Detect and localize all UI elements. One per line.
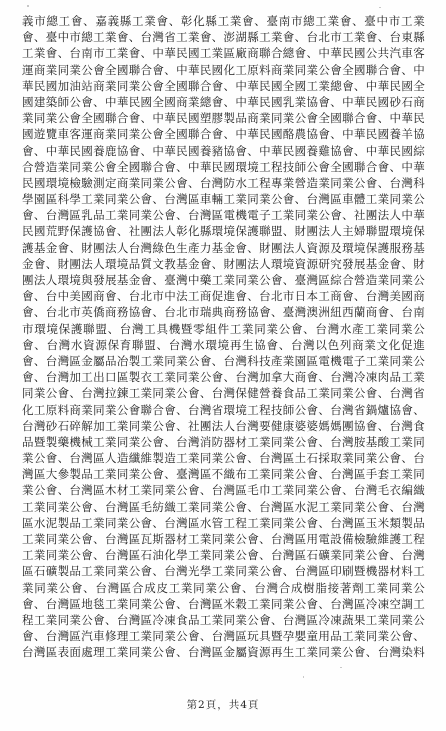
document-page: 義市總工會、嘉義縣工業會、彰化縣工業會、臺南市總工業會、臺中市工業會、臺中市總工… — [0, 0, 446, 731]
text-line-9: 會、中華民國養鹿協會、中華民國養豬協會、中華民國養雞協會、中華民國綜 — [22, 143, 425, 159]
text-line-1: 義市總工會、嘉義縣工業會、彰化縣工業會、臺南市總工業會、臺中市工業 — [22, 13, 425, 29]
scan-speckle — [340, 667, 342, 668]
page-number-text: 第2頁，共4頁 — [187, 699, 260, 711]
text-line-7: 業同業公會全國聯合會、中華民國塑膠製品商業同業公會全國聯合會、中華民 — [22, 110, 425, 126]
text-line-26: 台灣砂石碎解加工業同業公會、社團法人台灣要健康婆婆媽媽團協會、台灣食 — [22, 418, 425, 434]
scan-speckle — [344, 26, 345, 27]
text-line-33: 工業同業公會、台灣區瓦斯器材工業同業公會、台灣區用電設備檢驗維護工程 — [22, 531, 425, 547]
text-line-35: 區石礦製品工業同業公會、台灣光學工業同業公會、台灣區印刷暨機器材料工 — [22, 563, 425, 579]
text-line-37: 會、台灣區地毯工業同業公會、台灣區米穀工業同業公會、台灣區冷凍空調工 — [22, 596, 425, 612]
text-line-5: 華民國加油站商業同業公會全國聯合會、中華民國全國工業總會、中華民國全 — [22, 78, 425, 94]
document-body-text: 義市總工會、嘉義縣工業會、彰化縣工業會、臺南市總工業會、臺中市工業會、臺中市總工… — [22, 13, 425, 661]
text-line-30: 業公會、台灣區木材工業同業公會、台灣區毛巾工業同業公會、台灣毛衣編織 — [22, 482, 425, 498]
text-line-11: 民國環境檢驗測定商業同業公會、台灣防水工程專業營造業同業公會、台灣科 — [22, 175, 425, 191]
text-line-31: 工業同業公會、台灣區毛紡織工業同業公會、台灣區水泥工業同業公會、台灣 — [22, 499, 425, 515]
text-line-8: 國遊覽車客運商業同業公會全國聯合會、中華民國酪農協會、中華民國養羊協 — [22, 126, 425, 142]
text-line-14: 民國荒野保護協會、社團法人彰化縣環境保護聯盟、財團法人主婦聯盟環境保 — [22, 223, 425, 239]
text-line-2: 會、臺中市總工業會、台灣省工業會、澎湖縣工業會、台北市工業會、台東縣 — [22, 29, 425, 45]
text-line-13: 會、台灣區乳品工業同業公會、台灣區電機電子工業同業公會、社團法人中華 — [22, 207, 425, 223]
text-line-20: 市環境保護聯盟、台灣工具機暨零組件工業同業公會、台灣水產工業同業公 — [22, 321, 425, 337]
text-line-16: 金會、財團法人環境品質文教基金會、財團法人環境資源研究發展基金會、財 — [22, 256, 425, 272]
text-line-4: 運商業同業公會全國聯合會、中華民國化工原料商業同業公會全國聯合會、中 — [22, 62, 425, 78]
text-line-38: 程工業同業公會、台灣區冷凍食品工業同業公會、台灣區冷凍蔬果工業同業公 — [22, 612, 425, 628]
text-line-40: 台灣區表面處理工業同業公會、台灣區金屬資源再生工業同業公會、台灣染料 — [22, 644, 425, 660]
text-line-19: 會、台北市英僑商務協會、台北市瑞典商務協會、臺灣澳洲紐西蘭商會、台南 — [22, 304, 425, 320]
text-line-32: 區水泥製品工業同業公會、台灣區水管工程工業同業公會、台灣區玉米類製品 — [22, 515, 425, 531]
text-line-27: 品暨製藥機械工業同業公會、台灣消防器材工業同業公會、台灣胺基酸工業同 — [22, 434, 425, 450]
text-line-29: 灣區大參製品工業同業公會、臺灣區不織布工業同業公會、台灣區手套工業同 — [22, 466, 425, 482]
text-line-28: 業公會、台灣區人造纖維製造工業同業公會、台灣區土石採取業同業公會、台 — [22, 450, 425, 466]
text-line-23: 會、台灣加工出口區製衣工業同業公會、台灣加拿大商會、台灣冷凍肉品工業 — [22, 369, 425, 385]
text-line-22: 會、台灣區金屬品冶製工業同業公會、台灣科技產業園區電機電子工業同業公 — [22, 353, 425, 369]
text-line-12: 學園區科學工業同業公會、台灣區車輛工業同業公會、台灣區車體工業同業公 — [22, 191, 425, 207]
text-line-15: 護基金會、財團法人台灣綠色生產力基金會、財團法人資源及環境保護服務基 — [22, 240, 425, 256]
scan-speckle — [27, 5, 29, 7]
text-line-21: 會、台灣水資源保育聯盟、台灣水環境再生協會、台灣以色列商業文化促進 — [22, 337, 425, 353]
text-line-3: 工業會、台南市工業會、中華民國工業區廠商聯合總會、中華民國公共汽車客 — [22, 45, 425, 61]
text-line-25: 化工原料商業同業公會聯合會、台灣省環境工程技師公會、台灣省鍋爐協會、 — [22, 402, 425, 418]
text-line-39: 會、台灣區汽車修理工業同業公會、台灣區玩具暨孕嬰童用品工業同業公會、 — [22, 628, 425, 644]
text-line-10: 合營造業同業公會全國聯合會、中華民國環境工程技師公會全國聯合會、中華 — [22, 159, 425, 175]
text-line-6: 國建築師公會、中華民國全國商業總會、中華民國乳業協會、中華民國砂石商 — [22, 94, 425, 110]
text-line-34: 工業同業公會、台灣區石油化學工業同業公會、台灣區石礦業同業公會、台灣 — [22, 547, 425, 563]
scan-speckle — [379, 7, 381, 8]
page-number-footer: 第2頁，共4頁 — [0, 697, 446, 712]
text-line-17: 團法人環境與發展基金會、臺灣中藥工業同業公會、臺灣區綜合營造業同業公 — [22, 272, 425, 288]
text-line-24: 同業公會、台灣拉鍊工業同業公會、台灣保健營養食品工業同業公會、台灣省 — [22, 385, 425, 401]
text-line-18: 會、台中美國商會、台北市中法工商促進會、台北市日本工商會、台灣美國商 — [22, 288, 425, 304]
text-line-36: 業同業公會、台灣區合成皮工業同業公會、台灣合成樹脂接著劑工業同業公 — [22, 580, 425, 596]
scan-speckle — [303, 676, 304, 678]
